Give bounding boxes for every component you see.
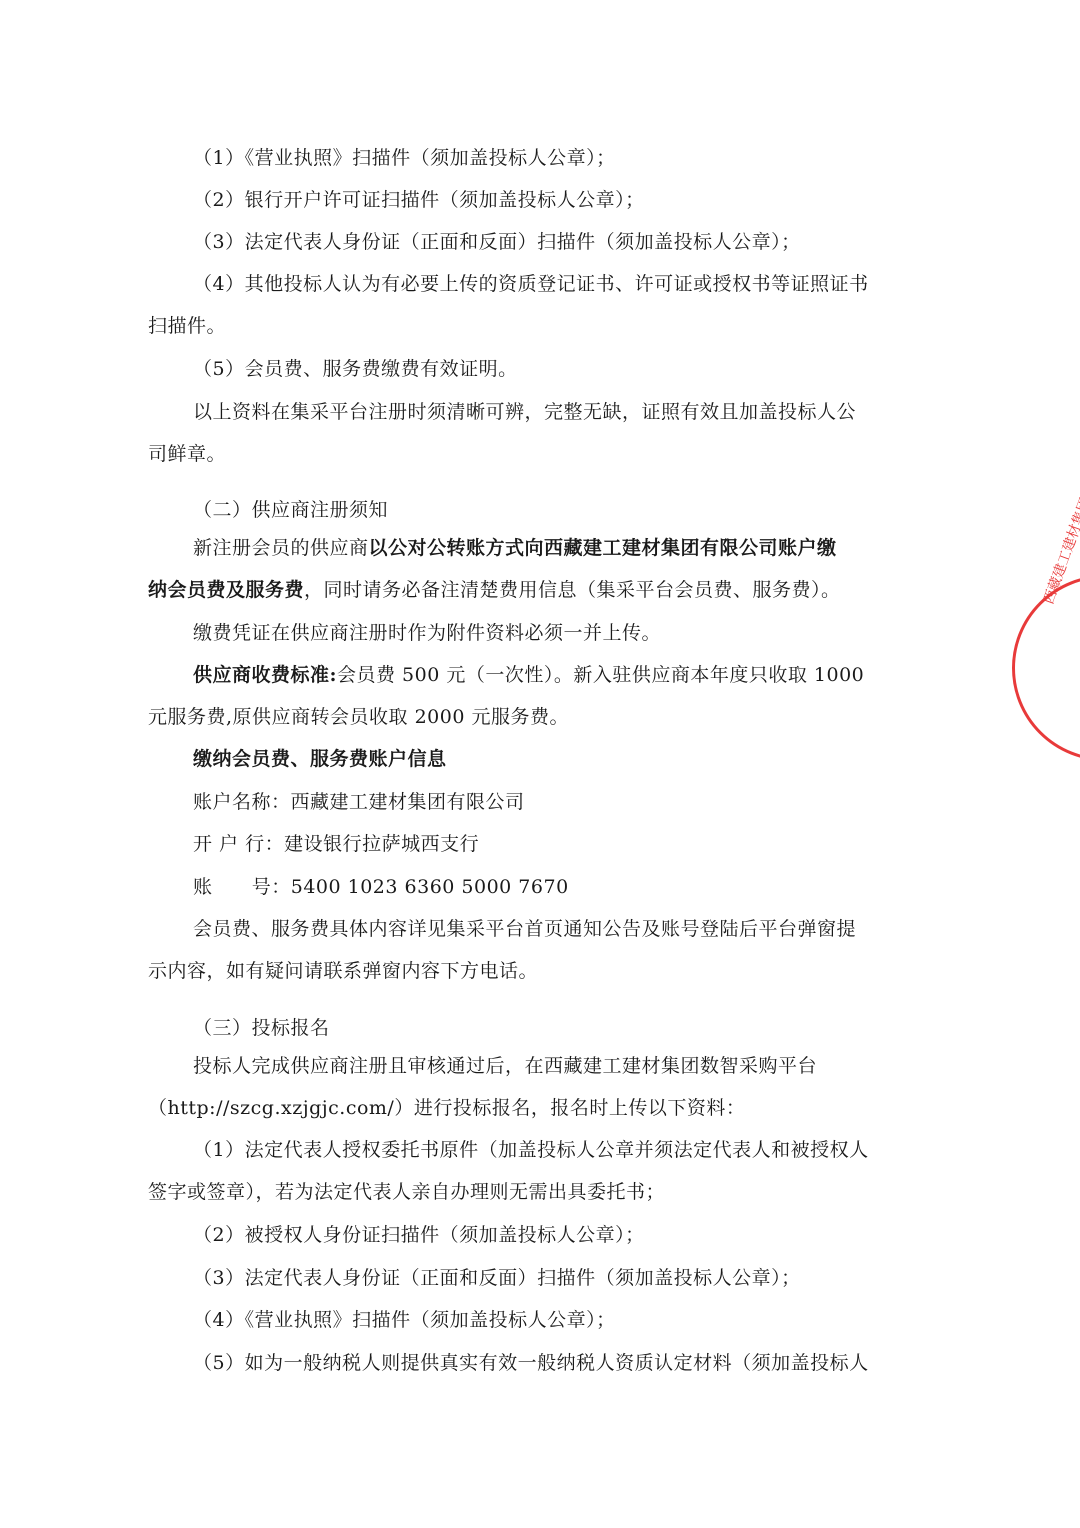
- bold-text: 纳会员费及服务费: [148, 579, 304, 601]
- paragraph-continuation: 示内容，如有疑问请联系弹窗内容下方电话。: [148, 958, 538, 984]
- text: 新注册会员的供应商: [193, 537, 369, 559]
- list-item: （4）《营业执照》扫描件（须加盖投标人公章）；: [193, 1307, 616, 1333]
- account-bank: 开 户 行：建设银行拉萨城西支行: [193, 831, 479, 857]
- document-page: （1）《营业执照》扫描件（须加盖投标人公章）； （2）银行开户许可证扫描件（须加…: [0, 0, 1080, 1528]
- list-item: （2）银行开户许可证扫描件（须加盖投标人公章）；: [193, 187, 645, 213]
- bold-text: 以公对公转账方式向西藏建工建材集团有限公司账户缴: [369, 537, 837, 559]
- account-name: 账户名称：西藏建工建材集团有限公司: [193, 789, 525, 815]
- paragraph: 投标人完成供应商注册且审核通过后，在西藏建工建材集团数智采购平台: [193, 1053, 817, 1079]
- list-item-continuation: 扫描件。: [148, 313, 226, 339]
- list-item: （1）《营业执照》扫描件（须加盖投标人公章）；: [193, 145, 616, 171]
- list-item: （5）如为一般纳税人则提供真实有效一般纳税人资质认定材料（须加盖投标人: [193, 1350, 869, 1376]
- paragraph-continuation: 元服务费,原供应商转会员收取 2000 元服务费。: [148, 704, 569, 730]
- paragraph: 会员费、服务费具体内容详见集采平台首页通知公告及账号登陆后平台弹窗提: [193, 916, 856, 942]
- paragraph-continuation: 纳会员费及服务费，同时请务必备注清楚费用信息（集采平台会员费、服务费）。: [148, 577, 841, 603]
- list-item: （5）会员费、服务费缴费有效证明。: [193, 356, 518, 382]
- list-item: （1）法定代表人授权委托书原件（加盖投标人公章并须法定代表人和被授权人: [193, 1137, 869, 1163]
- paragraph: 新注册会员的供应商以公对公转账方式向西藏建工建材集团有限公司账户缴: [193, 535, 837, 561]
- section-heading: （二）供应商注册须知: [193, 497, 388, 523]
- fee-label: 供应商收费标准:: [193, 664, 337, 686]
- account-heading: 缴纳会员费、服务费账户信息: [193, 746, 447, 772]
- account-number: 账 号：5400 1023 6360 5000 7670: [193, 874, 569, 900]
- paragraph-continuation: 司鲜章。: [148, 441, 226, 467]
- list-item: （4）其他投标人认为有必要上传的资质登记证书、许可证或授权书等证照证书: [193, 271, 869, 297]
- paragraph: 缴费凭证在供应商注册时作为附件资料必须一并上传。: [193, 620, 661, 646]
- list-item: （3）法定代表人身份证（正面和反面）扫描件（须加盖投标人公章）；: [193, 1265, 801, 1291]
- text: ，同时请务必备注清楚费用信息（集采平台会员费、服务费）。: [304, 579, 841, 601]
- list-item-continuation: 签字或签章），若为法定代表人亲自办理则无需出具委托书；: [148, 1179, 665, 1205]
- paragraph: 以上资料在集采平台注册时须清晰可辨，完整无缺，证照有效且加盖投标人公: [193, 399, 856, 425]
- list-item: （3）法定代表人身份证（正面和反面）扫描件（须加盖投标人公章）；: [193, 229, 801, 255]
- paragraph-continuation: （http://szcg.xzjgjc.com/）进行投标报名，报名时上传以下资…: [148, 1095, 745, 1121]
- fee-text: 会员费 500 元（一次性）。新入驻供应商本年度只收取 1000: [337, 664, 864, 686]
- list-item: （2）被授权人身份证扫描件（须加盖投标人公章）；: [193, 1222, 645, 1248]
- section-heading: （三）投标报名: [193, 1015, 330, 1041]
- paragraph: 供应商收费标准:会员费 500 元（一次性）。新入驻供应商本年度只收取 1000: [193, 662, 864, 688]
